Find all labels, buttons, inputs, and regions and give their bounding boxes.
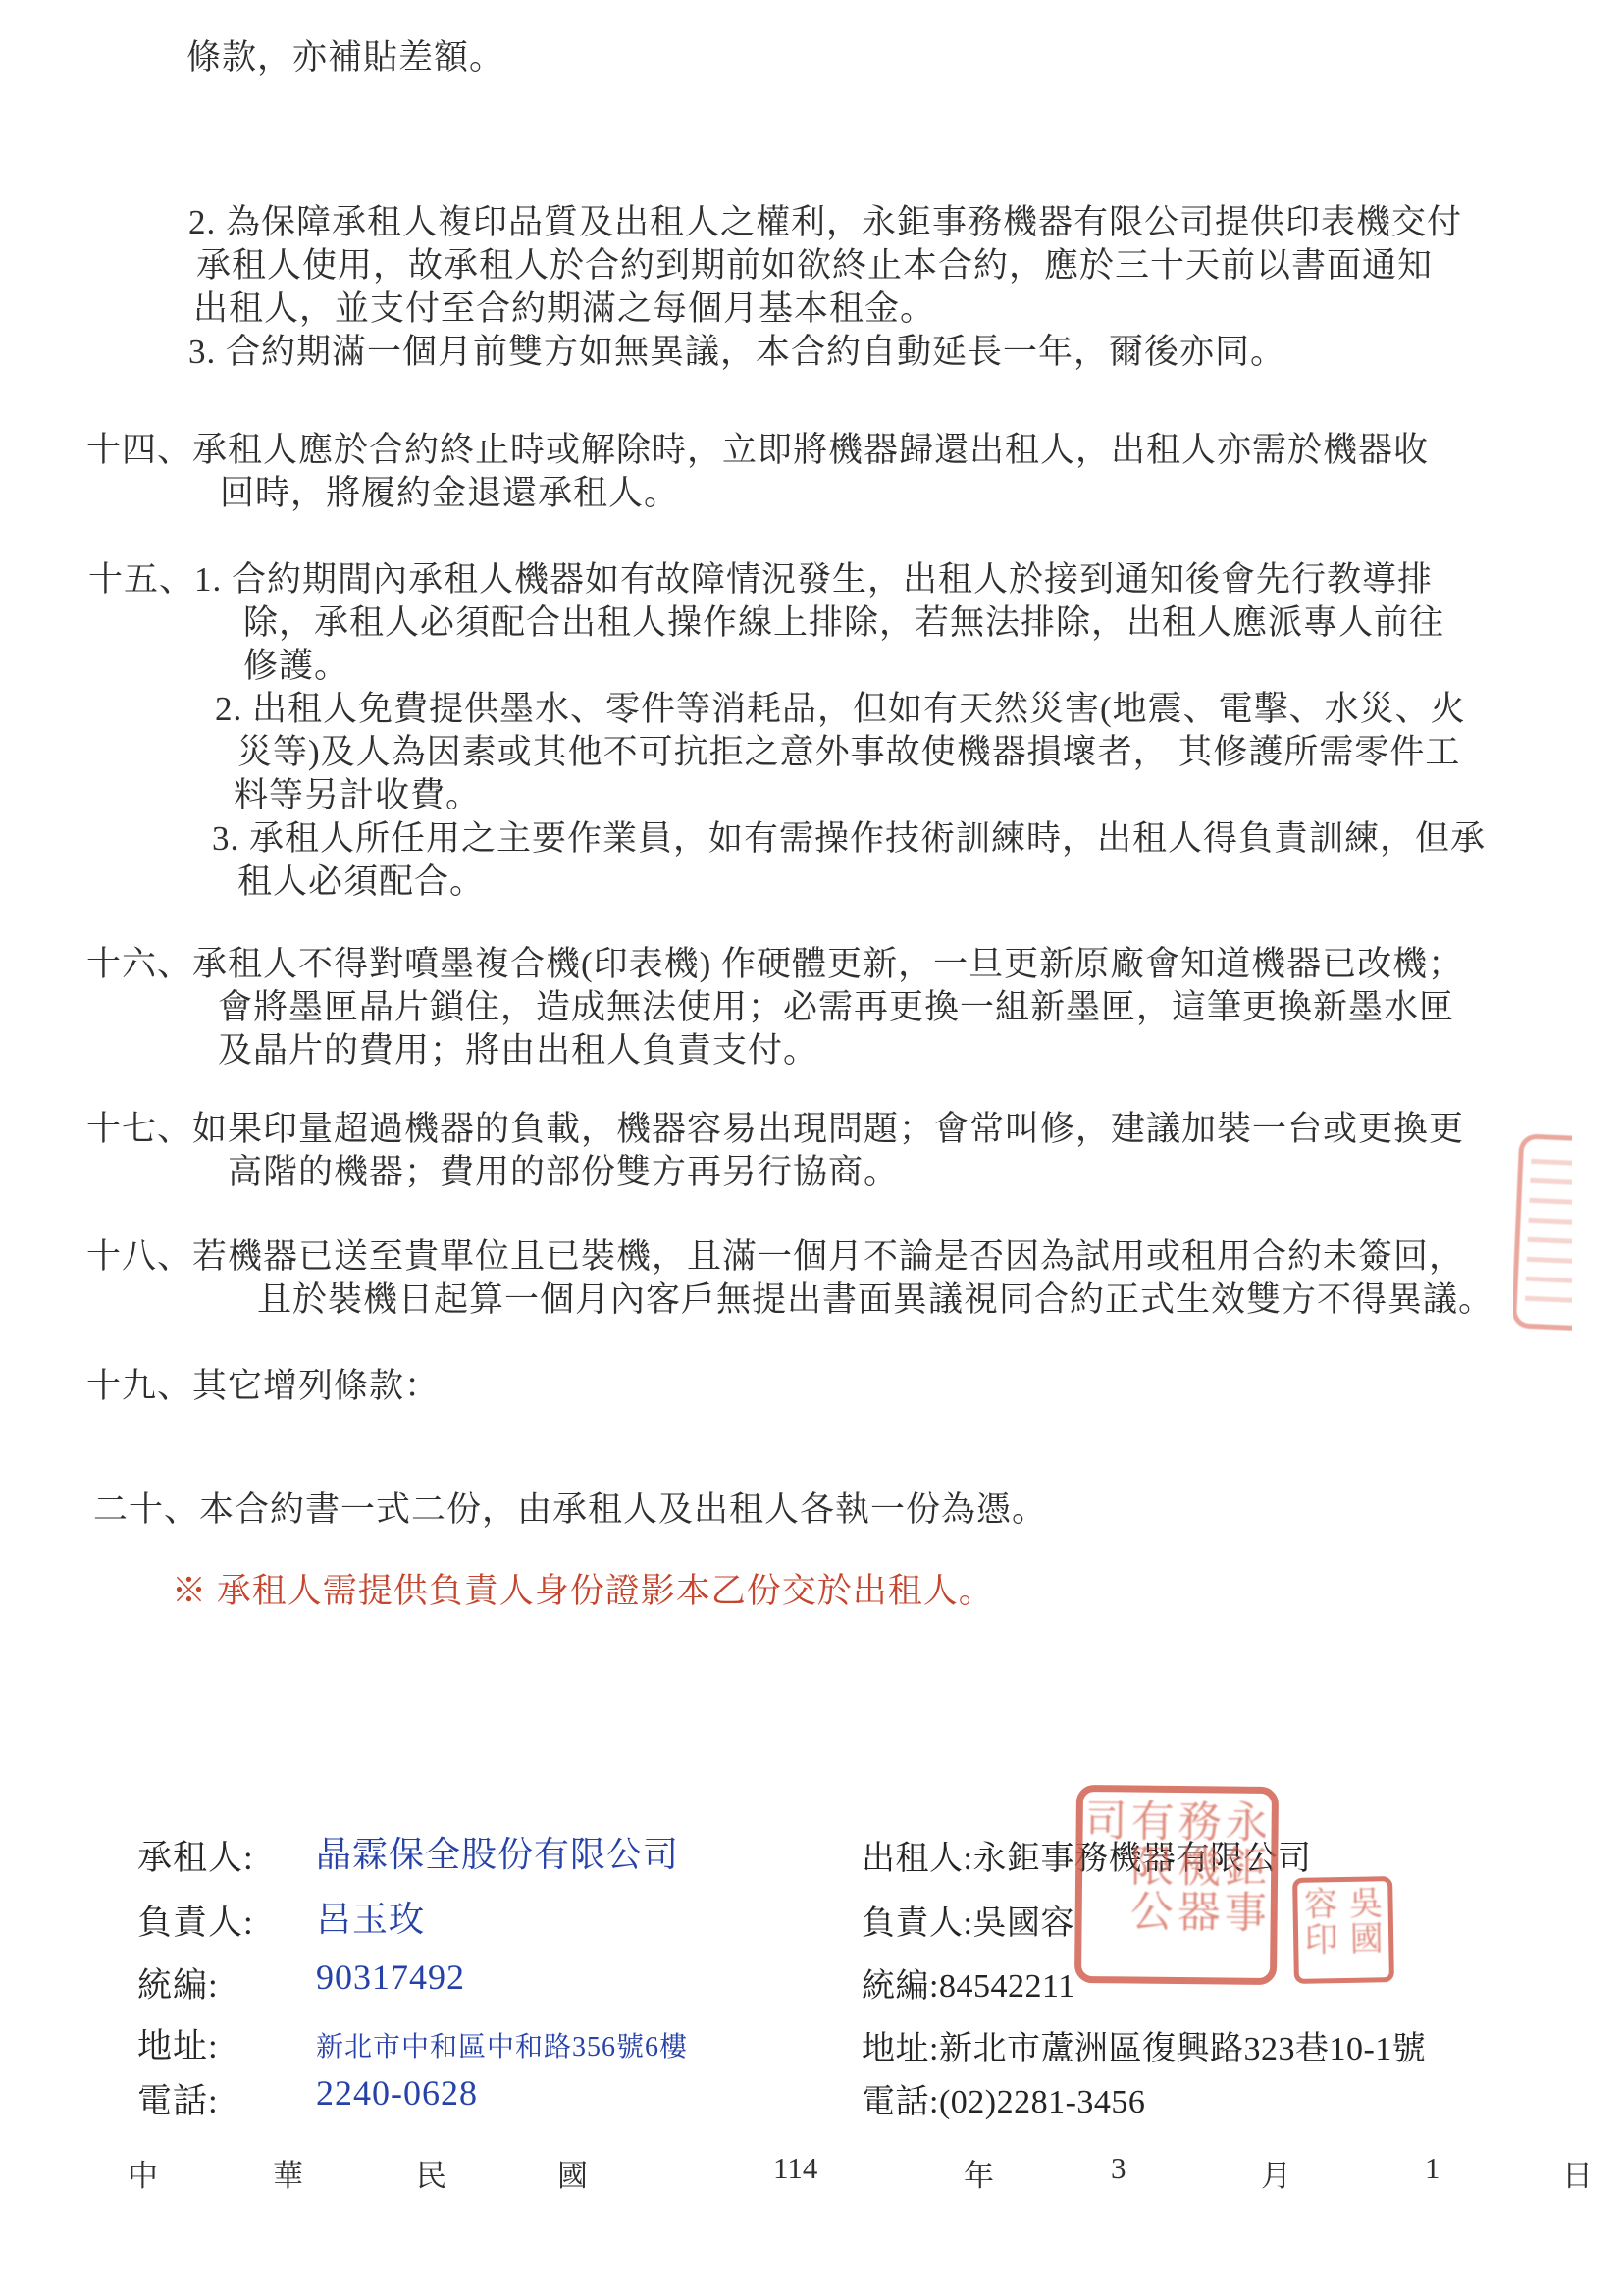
- clause15-line3: 修護。: [243, 646, 349, 687]
- lessee-tax-id: 90317492: [316, 1957, 465, 1998]
- footer-era-4: 國: [557, 2151, 588, 2195]
- lessor-address: 新北市蘆洲區復興路323巷10-1號: [939, 2031, 1426, 2067]
- footer-era-3: 民: [416, 2151, 446, 2195]
- intro-line: 條款，亦補貼差額。: [186, 37, 504, 78]
- clause15-item2-line1: 2. 出租人免費提供墨水、零件等消耗品，但如有天然災害(地震、電擊、水災、火: [215, 689, 1466, 730]
- contract-page: 條款，亦補貼差額。 2. 為保障承租人複印品質及出租人之權利，永鉅事務機器有限公…: [0, 0, 1623, 2296]
- company-seal-text: 永鉅事務機器有限公司: [1087, 1798, 1266, 1972]
- edge-seal-shape: [1513, 1133, 1572, 1332]
- footer-era-1: 中: [128, 2151, 158, 2195]
- lessor-label: 出租人:: [862, 1841, 972, 1877]
- lessor-owner: 吳國容: [972, 1905, 1074, 1942]
- clause14-line2: 回時，將履約金退還承租人。: [220, 473, 679, 514]
- footer-era-2: 華: [273, 2151, 303, 2195]
- lessor-tax-label: 統編:: [862, 1968, 939, 2005]
- lessor-tax-line: 統編:84542211: [862, 1958, 1075, 2007]
- lessee-label: 承租人:: [137, 1831, 254, 1880]
- lessee-address: 新北市中和區中和路356號6樓: [316, 2025, 688, 2064]
- lessee-phone-label: 電話:: [137, 2074, 219, 2123]
- clause19-line1: 十九、其它增列條款：: [86, 1366, 440, 1407]
- clause18-line2: 且於裝機日起算一個月內客戶無提出書面異議視同合約正式生效雙方不得異議。: [257, 1279, 1493, 1321]
- footer-day-unit: 日: [1562, 2151, 1593, 2195]
- lessor-address-label: 地址:: [862, 2031, 939, 2067]
- lessor-phone: (02)2281-3456: [939, 2084, 1145, 2120]
- personal-seal-stamp: 吳國容印: [1292, 1876, 1394, 1984]
- lessor-owner-label: 負責人:: [862, 1905, 972, 1942]
- company-seal-stamp: 永鉅事務機器有限公司: [1074, 1785, 1279, 1985]
- lessee-phone: 2240-0628: [316, 2072, 478, 2113]
- clause14-line1: 十四、承租人應於合約終止時或解除時，立即將機器歸還出租人，出租人亦需於機器收: [86, 430, 1429, 471]
- clause13-item2-line1: 2. 為保障承租人複印品質及出租人之權利，永鉅事務機器有限公司提供印表機交付: [188, 202, 1462, 243]
- red-remark-line: ※ 承租人需提供負責人身份證影本乙份交於出租人。: [172, 1571, 994, 1612]
- clause17-line2: 高階的機器；費用的部份雙方再另行協商。: [228, 1152, 899, 1193]
- lessee-owner: 呂玉玫: [316, 1892, 425, 1942]
- lessor-phone-label: 電話:: [862, 2084, 939, 2120]
- clause13-item2-line3: 出租人，並支付至合約期滿之每個月基本租金。: [193, 288, 935, 330]
- clause18-line1: 十八、若機器已送至貴單位且已裝機，且滿一個月不論是否因為試用或租用合約未簽回，: [86, 1236, 1464, 1278]
- clause13-item2-line2: 承租人使用，故承租人於合約到期前如欲終止本合約，應於三十天前以書面通知: [196, 245, 1433, 287]
- clause15-item2-line2: 災等)及人為因素或其他不可抗拒之意外事故使機器損壞者， 其修護所需零件工: [237, 732, 1460, 773]
- clause17-line1: 十七、如果印量超過機器的負載，機器容易出現問題；會常叫修，建議加裝一台或更換更: [86, 1109, 1464, 1150]
- clause16-line3: 及晶片的費用；將由出租人負責支付。: [218, 1030, 818, 1071]
- footer-month-unit: 月: [1261, 2151, 1291, 2195]
- clause20-line1: 二十、本合約書一式二份，由承租人及出租人各執一份為憑。: [93, 1489, 1047, 1531]
- footer-month: 3: [1111, 2151, 1126, 2186]
- lessor-owner-line: 負責人:吳國容: [862, 1896, 1074, 1944]
- clause16-line1: 十六、承租人不得對噴墨複合機(印表機) 作硬體更新，一旦更新原廠會知道機器已改機…: [86, 944, 1463, 985]
- clause13-item3-line1: 3. 合約期滿一個月前雙方如無異議，本合約自動延長一年，爾後亦同。: [188, 332, 1285, 373]
- lessee-owner-label: 負責人:: [137, 1896, 254, 1945]
- personal-seal-text: 吳國容印: [1301, 1885, 1386, 1974]
- clause15-item2-line3: 料等另計收費。: [234, 775, 481, 816]
- footer-year-unit: 年: [964, 2151, 994, 2195]
- edge-seal-stamp: [1513, 1132, 1572, 1338]
- clause16-line2: 會將墨匣晶片鎖住，造成無法使用；必需再更換一組新墨匣，這筆更換新墨水匣: [218, 987, 1454, 1028]
- lessee-address-label: 地址:: [137, 2019, 219, 2068]
- lessor-tax-id: 84542211: [939, 1968, 1075, 2005]
- lessee-company: 晶霖保全股份有限公司: [316, 1827, 679, 1877]
- footer-year: 114: [773, 2151, 817, 2186]
- clause15-line2: 除，承租人必須配合出租人操作線上排除，若無法排除，出租人應派專人前往: [243, 602, 1444, 644]
- clause15-item3-line1: 3. 承租人所任用之主要作業員，如有需操作技術訓練時，出租人得負責訓練，但承: [212, 818, 1486, 860]
- lessor-address-line: 地址:新北市蘆洲區復興路323巷10-1號: [862, 2021, 1426, 2069]
- lessor-phone-line: 電話:(02)2281-3456: [862, 2074, 1145, 2122]
- lessee-tax-label: 統編:: [137, 1958, 219, 2008]
- clause15-line1: 十五、1. 合約期間內承租人機器如有故障情況發生，出租人於接到通知後會先行教導排: [88, 559, 1433, 600]
- footer-day: 1: [1425, 2151, 1440, 2186]
- clause15-item3-line2: 租人必須配合。: [237, 861, 485, 903]
